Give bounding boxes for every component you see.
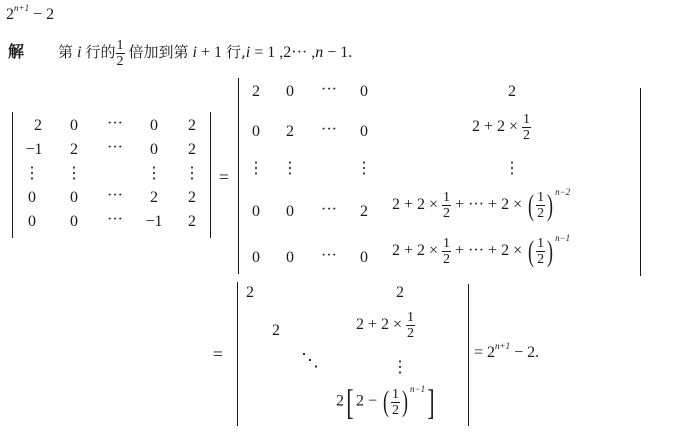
det-bar-right <box>210 112 211 238</box>
expr-row5: 2 + 2 × 12 + ··· + 2 × (12)n−1 <box>392 236 570 267</box>
det-bar-left <box>12 112 13 238</box>
equals-sign: = <box>208 344 228 365</box>
det-bar-right <box>640 88 641 276</box>
final-result: = 2n+1 − 2. <box>474 344 539 362</box>
det-bar-left <box>237 282 238 426</box>
expr-row4: 2 + 2 × 12 + ··· + 2 × (12)n−2 <box>392 190 570 221</box>
solution-label: 解 <box>8 42 24 61</box>
det-bar-right <box>468 284 469 426</box>
expr-c-row2: 2 + 2 × 12 <box>356 310 415 341</box>
expr-c-last: 2[2 − (12)n−1] <box>336 384 437 420</box>
fraction-half: 12 <box>116 38 125 69</box>
previous-answer: 2n+1 − 2 <box>6 6 54 24</box>
equals-sign: = <box>214 167 234 188</box>
expr-row2: 2 + 2 × 12 <box>472 112 531 143</box>
solution-line: 解 第 i 行的12 倍加到第 i + 1 行,i = 1 ,2··· ,n −… <box>8 38 352 69</box>
det-bar-left <box>238 78 239 274</box>
diagonal-dots: ⋱ <box>298 350 322 371</box>
